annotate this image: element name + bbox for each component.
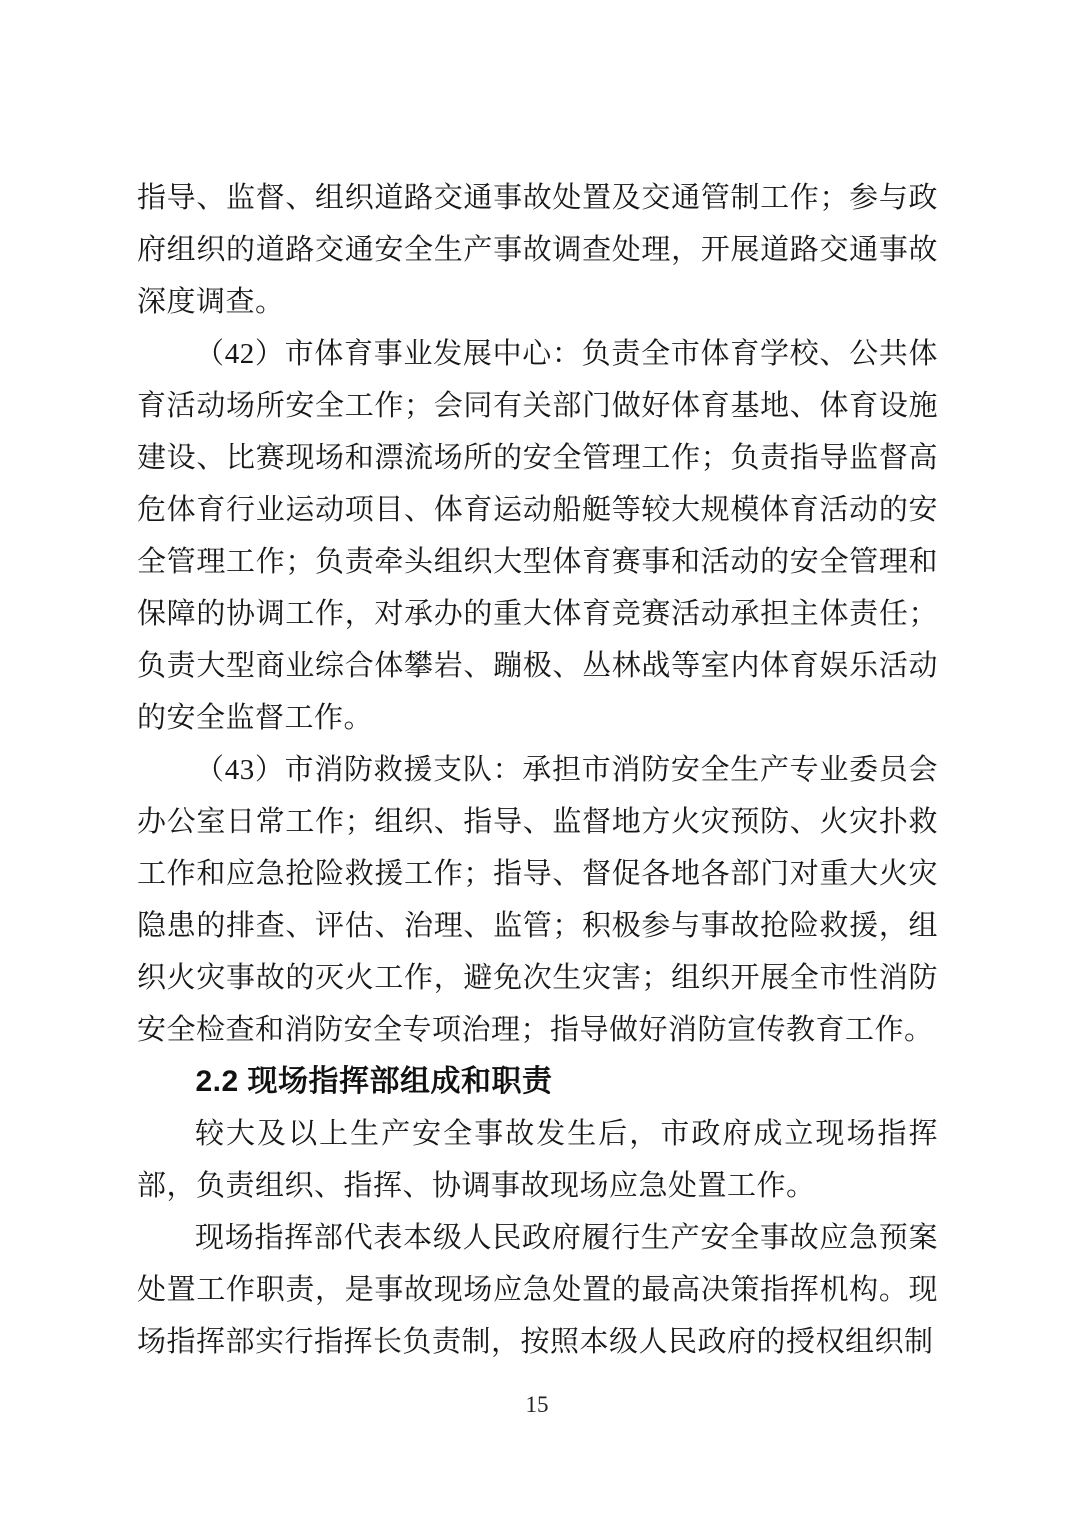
page-body-text: 指导、监督、组织道路交通事故处置及交通管制工作；参与政府组织的道路交通安全生产事… [137, 172, 938, 1368]
document-page: 指导、监督、组织道路交通事故处置及交通管制工作；参与政府组织的道路交通安全生产事… [0, 0, 1074, 1520]
section-heading-2-2: 2.2 现场指挥部组成和职责 [137, 1056, 938, 1108]
paragraph-command-post-duties: 现场指挥部代表本级人民政府履行生产安全事故应急预案处置工作职责，是事故现场应急处… [137, 1212, 938, 1368]
paragraph-command-post-establishment: 较大及以上生产安全事故发生后，市政府成立现场指挥部，负责组织、指挥、协调事故现场… [137, 1108, 938, 1212]
paragraph-road-traffic-continuation: 指导、监督、组织道路交通事故处置及交通管制工作；参与政府组织的道路交通安全生产事… [137, 172, 938, 328]
paragraph-43-fire-rescue-detachment: （43）市消防救援支队：承担市消防安全生产专业委员会办公室日常工作；组织、指导、… [137, 744, 938, 1056]
paragraph-42-sports-development-center: （42）市体育事业发展中心：负责全市体育学校、公共体育活动场所安全工作；会同有关… [137, 328, 938, 744]
page-number: 15 [0, 1390, 1074, 1420]
